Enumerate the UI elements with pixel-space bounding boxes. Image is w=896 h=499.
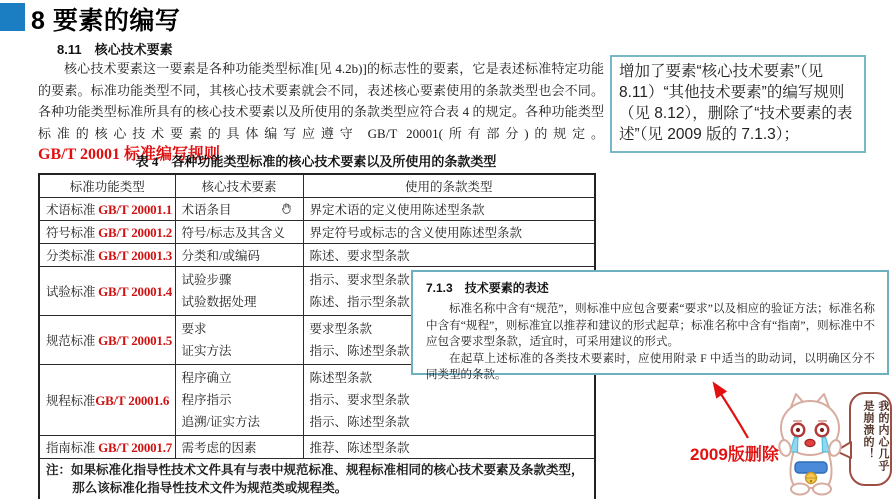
table-row: 指南标准 GB/T 20001.7 需考虑的因素 推荐、陈述型条款 <box>39 436 595 459</box>
function-type: 指南标准 <box>46 441 95 455</box>
function-type: 规程标准 <box>46 394 95 408</box>
table-row: 符号标准 GB/T 20001.2 符号/标志及其含义 界定符号或标志的含义使用… <box>39 221 595 244</box>
clause-713-callout: 7.1.3 技术要素的表述 标准名称中含有“规范”，则标准中应包含要素“要求”以… <box>411 270 889 375</box>
function-type: 规范标准 <box>46 334 95 348</box>
clause-713-paragraph: 标准名称中含有“规范”，则标准中应包含要素“要求”以及相应的验证方法；标准名称中… <box>426 301 875 351</box>
col-header-clause-types: 使用的条款类型 <box>303 174 595 198</box>
core-element: 需考虑的因素 <box>175 436 303 459</box>
crying-cat-sticker: 我的内心几乎是崩溃的！ <box>772 390 894 497</box>
clause-type: 陈述、要求型条款 <box>303 244 595 267</box>
standard-code: GB/T 20001.7 <box>98 440 172 455</box>
core-element: 证实方法 <box>182 340 297 362</box>
table-note: 注：如果标准化指导性技术文件具有与表中规范标准、规程标准相同的核心技术要素及条款… <box>46 461 588 497</box>
clause-type: 界定符号或标志的含义使用陈述型条款 <box>303 221 595 244</box>
core-element: 程序确立 <box>182 367 297 389</box>
clause-type: 指示、陈述型条款 <box>310 411 589 433</box>
clause-type: 指示、要求型条款 <box>310 389 589 411</box>
body-paragraph-text: 核心技术要素这一要素是各种功能类型标准[见 4.2b)]的标志性的要素，它是表述… <box>38 61 604 141</box>
deleted-annotation: 2009版删除 <box>690 440 779 465</box>
slide-canvas: 8 要素的编写 8.11 核心技术要素 核心技术要素这一要素是各种功能类型标准[… <box>0 0 896 499</box>
standard-code: GB/T 20001.3 <box>98 248 172 263</box>
section-heading: 8.11 核心技术要素 <box>57 39 173 58</box>
clause-713-paragraph: 在起草上述标准的各类技术要素时，应使用附录 F 中适当的助动词，以明确区分不同类… <box>426 351 875 384</box>
table-note-row: 注：如果标准化指导性技术文件具有与表中规范标准、规程标准相同的核心技术要素及条款… <box>39 459 595 499</box>
col-header-function-type: 标准功能类型 <box>39 174 175 198</box>
core-element: 程序指示 <box>182 389 297 411</box>
function-type: 分类标准 <box>46 249 95 263</box>
clause-713-heading: 7.1.3 技术要素的表述 <box>426 279 875 296</box>
function-type: 符号标准 <box>46 226 95 240</box>
title-accent-square <box>0 3 25 31</box>
core-element: 追溯/证实方法 <box>182 411 297 433</box>
clause-type: 界定术语的定义使用陈述型条款 <box>303 198 595 221</box>
speech-bubble-text: 我的内心几乎是崩溃的！ <box>860 400 890 478</box>
standard-code: GB/T 20001.4 <box>98 284 172 299</box>
standard-code: GB/T 20001.5 <box>98 333 172 348</box>
table-caption: 表 4 各种功能类型标准的核心技术要素以及所使用的条款类型 <box>38 151 594 170</box>
col-header-core-elements: 核心技术要素 <box>175 174 303 198</box>
core-element: 要求 <box>182 318 297 340</box>
clause-type: 推荐、陈述型条款 <box>303 436 595 459</box>
core-element: 试验步骤 <box>182 269 297 291</box>
deleted-arrow <box>698 374 762 442</box>
table-row: 分类标准 GB/T 20001.3 分类和/或编码 陈述、要求型条款 <box>39 244 595 267</box>
table-header-row: 标准功能类型 核心技术要素 使用的条款类型 <box>39 174 595 198</box>
standard-code: GB/T 20001.6 <box>95 393 169 408</box>
function-type: 术语标准 <box>46 203 95 217</box>
body-paragraph: 核心技术要素这一要素是各种功能类型标准[见 4.2b)]的标志性的要素，它是表述… <box>38 58 604 166</box>
core-element: 术语条目 <box>182 203 232 217</box>
standard-code: GB/T 20001.1 <box>98 202 172 217</box>
core-element: 试验数据处理 <box>182 291 297 313</box>
page-title: 8 要素的编写 <box>31 1 180 37</box>
core-element: 分类和/或编码 <box>175 244 303 267</box>
standard-code: GB/T 20001.2 <box>98 225 172 240</box>
table-row: 术语标准 GB/T 20001.1 术语条目 界定术语的定义使用陈述型条款 <box>39 198 595 221</box>
revision-note-text: 增加了要素“核心技术要素”（见 8.11）“其他技术要素”的编写规则（见 8.1… <box>619 63 852 143</box>
core-element: 符号/标志及其含义 <box>175 221 303 244</box>
hand-cursor-icon <box>280 202 293 219</box>
revision-note-callout: 增加了要素“核心技术要素”（见 8.11）“其他技术要素”的编写规则（见 8.1… <box>610 55 866 153</box>
function-type: 试验标准 <box>46 285 95 299</box>
